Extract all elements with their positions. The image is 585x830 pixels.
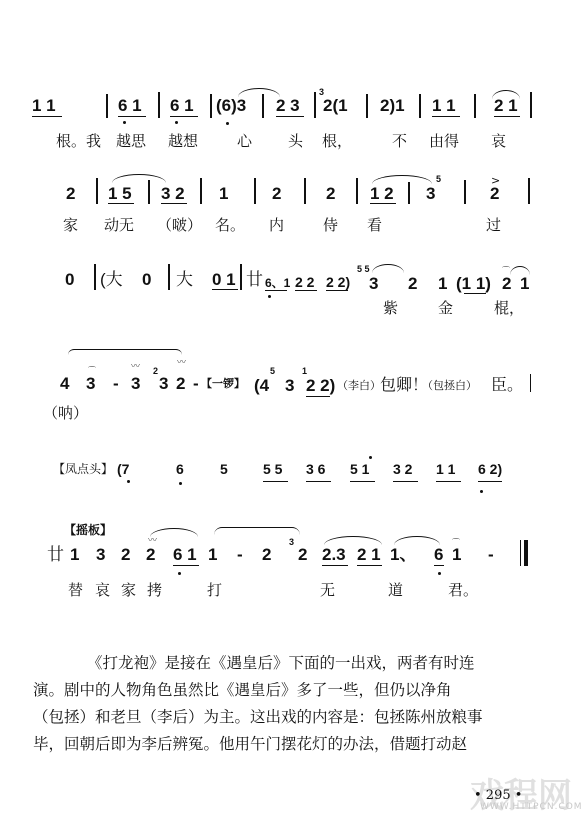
final-barline-thin: [520, 540, 521, 566]
low-dot: [178, 572, 181, 575]
final-barline-thick: [524, 540, 528, 566]
note-group: 6 2): [478, 461, 502, 478]
lyric: 根。我: [56, 133, 101, 149]
lyric: 家: [63, 217, 78, 233]
underline: [350, 481, 375, 482]
barline: [408, 182, 410, 204]
trill-fermata-mark: 〰: [177, 358, 186, 369]
note-group: 2 1: [494, 97, 518, 114]
low-dot: [438, 572, 441, 575]
dialogue-role: （李白）: [337, 379, 381, 393]
watermark-url: WWW.HTTPCN.COM: [480, 802, 583, 812]
body-paragraph: 《打龙袍》是接在《遇皇后》下面的一出戏，两者有时连 演。剧中的人物角色虽然比《遇…: [33, 650, 538, 758]
note-group: 1 1: [32, 97, 56, 114]
slur: [394, 536, 440, 545]
note-group: 3 6: [306, 461, 325, 478]
note-group: 2)1: [380, 97, 405, 114]
lyric: 紫: [383, 300, 398, 316]
underline: [170, 116, 198, 117]
barline: [314, 92, 316, 118]
barline: [366, 94, 368, 118]
section-label: 【摇板】: [64, 523, 112, 537]
note-group: 3 2: [393, 461, 412, 478]
underline: [326, 290, 348, 291]
note-group: 6 1: [173, 546, 197, 563]
percussion: (大: [100, 271, 123, 288]
note: 2: [66, 185, 75, 202]
grace-note: 3: [289, 538, 294, 547]
note-group: 2 2): [306, 377, 335, 394]
dash: -: [193, 375, 199, 392]
lyric: 哀: [491, 133, 506, 149]
note-group: 1 5: [108, 185, 132, 202]
barline: [94, 264, 96, 290]
note-group: 0 1: [212, 271, 236, 288]
high-dot: [369, 456, 372, 459]
underline: [478, 481, 502, 482]
note: 2: [176, 375, 185, 392]
note: 6: [434, 546, 443, 563]
lyric: （啵）: [157, 217, 202, 233]
barline: [168, 264, 170, 290]
barline: [254, 178, 256, 204]
low-dot: [123, 121, 126, 124]
underline: [306, 481, 331, 482]
note: 2: [408, 275, 417, 292]
note-group: 5 1: [350, 461, 369, 478]
note: 3: [86, 375, 95, 392]
barline: [106, 94, 108, 118]
underline: [432, 116, 460, 117]
lyric: 动无: [104, 217, 134, 233]
section-label: 【凤点头】: [53, 462, 113, 476]
paragraph-line: 毕，回朝后即为李后辨冤。他用午门摆花灯的办法，借题打动赵: [33, 731, 538, 758]
underline: [434, 565, 444, 566]
underline: [108, 203, 134, 204]
spoken-line: 臣。: [491, 377, 523, 393]
barline: [148, 180, 150, 204]
lyric: 君。: [448, 582, 478, 598]
barline: [210, 94, 212, 118]
underline: [212, 289, 238, 290]
note: 2: [121, 546, 130, 563]
underline: [161, 203, 187, 204]
percussion: 大: [176, 271, 193, 288]
note: 1: [70, 546, 79, 563]
note: 2: [502, 275, 511, 292]
underline: [295, 290, 317, 291]
lyric: 拷: [147, 582, 162, 598]
note: 6: [176, 461, 184, 478]
barline: [262, 94, 264, 118]
note-group: (6)3: [216, 97, 246, 114]
underline: [357, 565, 382, 566]
underline: [265, 290, 287, 291]
underline: [118, 116, 146, 117]
underline: [173, 565, 199, 566]
barline: [304, 178, 306, 204]
underline: [393, 481, 418, 482]
slur: [238, 88, 280, 97]
note: 1、: [390, 546, 416, 563]
underline: [436, 481, 461, 482]
note-group: 1 1: [436, 461, 455, 478]
lyric: 由得: [429, 133, 459, 149]
underline: [263, 481, 288, 482]
low-dot: [127, 480, 130, 483]
note: 2: [272, 185, 281, 202]
lyric: 侍: [323, 217, 338, 233]
note: 2: [262, 546, 271, 563]
lyric: （呐）: [43, 405, 88, 421]
note: 2: [146, 546, 155, 563]
slur: [150, 528, 198, 537]
note-group: 1 2: [370, 185, 394, 202]
phrase-slur: [68, 349, 182, 356]
lyric: 哀: [95, 582, 110, 598]
lyric: 越思: [116, 133, 146, 149]
rest: 0: [142, 271, 151, 288]
note-group: 2 1: [357, 546, 381, 563]
page-number: • 295 •: [474, 788, 522, 803]
note: 2: [326, 185, 335, 202]
underline: [464, 293, 486, 294]
note-group: 1 1: [432, 97, 456, 114]
spoken-line: 包卿！: [380, 377, 428, 393]
note: 1: [520, 275, 529, 292]
note: 3: [369, 275, 378, 292]
lyric: 心: [237, 133, 252, 149]
note-group: (1 1): [456, 275, 491, 292]
low-dot: [480, 490, 483, 493]
note: 1: [452, 546, 461, 563]
lyric: 打: [207, 582, 222, 598]
lyric: 内: [269, 217, 284, 233]
underline: [306, 396, 330, 397]
dash: -: [113, 375, 119, 392]
dialogue-role: （包拯白）: [422, 379, 477, 393]
note: 4: [60, 375, 69, 392]
underline: [494, 116, 520, 117]
barline: [528, 178, 530, 204]
note: 5: [220, 461, 228, 478]
paragraph-line: 《打龙袍》是接在《遇皇后》下面的一出戏，两者有时连: [33, 650, 538, 677]
underline: [370, 203, 396, 204]
barline: [96, 178, 98, 204]
trill-mark: 〰: [131, 362, 140, 373]
lyric: 不: [392, 133, 407, 149]
grace-note: 5 5: [357, 265, 370, 274]
low-dot: [268, 295, 271, 298]
dash: -: [488, 546, 494, 563]
barline: [464, 180, 466, 204]
slur: [324, 536, 382, 545]
note-group: 2(1: [323, 97, 348, 114]
note-group: 2 2): [326, 274, 350, 291]
barline: [474, 94, 476, 118]
grace-note: 1: [302, 367, 307, 376]
barline: [356, 178, 358, 204]
note-group: 2.3: [322, 546, 346, 563]
lyric: 无: [320, 582, 335, 598]
free-meter-sign: 廿: [246, 271, 263, 288]
note-group: 2 2: [295, 274, 314, 291]
note-group: 3 2: [161, 185, 185, 202]
lyric: 根，: [322, 133, 352, 149]
lyric: 名。: [215, 217, 245, 233]
underline: [322, 565, 348, 566]
note: (4: [254, 377, 269, 394]
low-dot: [226, 122, 229, 125]
slur: [112, 174, 166, 183]
paragraph-line: 演。剧中的人物角色虽然比《遇皇后》多了一些，但仍以净角: [33, 677, 538, 704]
note-group: 5 5: [263, 461, 282, 478]
grace-note: 5: [270, 367, 275, 376]
note: 3: [96, 546, 105, 563]
lyric: 过: [486, 217, 501, 233]
lyric: 金: [438, 300, 453, 316]
barline: [240, 264, 242, 290]
note: 2: [298, 546, 307, 563]
note-group: 2 3: [276, 97, 300, 114]
low-dot: [175, 121, 178, 124]
note-group: 6 1: [118, 97, 142, 114]
lyric: 头: [288, 133, 303, 149]
note: (7: [117, 461, 129, 478]
note: 3: [159, 375, 168, 392]
barline: [200, 178, 202, 204]
barline: [530, 92, 532, 118]
underline: [32, 116, 62, 117]
slur: [372, 264, 404, 273]
grace-note: 2: [153, 367, 158, 376]
dash: -: [237, 546, 243, 563]
note: 2: [490, 185, 499, 202]
note: 1: [438, 275, 447, 292]
note: 1: [219, 185, 228, 202]
free-meter-sign: 廿: [47, 546, 64, 563]
lyric: 道: [388, 582, 403, 598]
grace-note: 5: [436, 175, 441, 184]
note: 1: [208, 546, 217, 563]
rest: 0: [65, 271, 74, 288]
barline: [530, 374, 531, 392]
note: 3: [131, 375, 140, 392]
barline: [419, 94, 421, 118]
lyric: 越想: [168, 133, 198, 149]
paragraph-line: （包拯）和老旦（李后）为主。这出戏的内容是：包拯陈州放粮事: [33, 704, 538, 731]
slur: [214, 527, 300, 535]
note: 3: [426, 185, 435, 202]
slur: [372, 175, 432, 184]
underline: [276, 116, 304, 117]
note-group: 6 1: [170, 97, 194, 114]
lyric: 棍，: [494, 300, 524, 316]
barline: [158, 92, 160, 118]
lyric: 家: [121, 582, 136, 598]
note: 3: [285, 377, 294, 394]
low-dot: [179, 482, 182, 485]
gong-marker: 【一锣】: [201, 377, 245, 391]
lyric: 看: [367, 217, 382, 233]
lyric: 替: [68, 582, 83, 598]
